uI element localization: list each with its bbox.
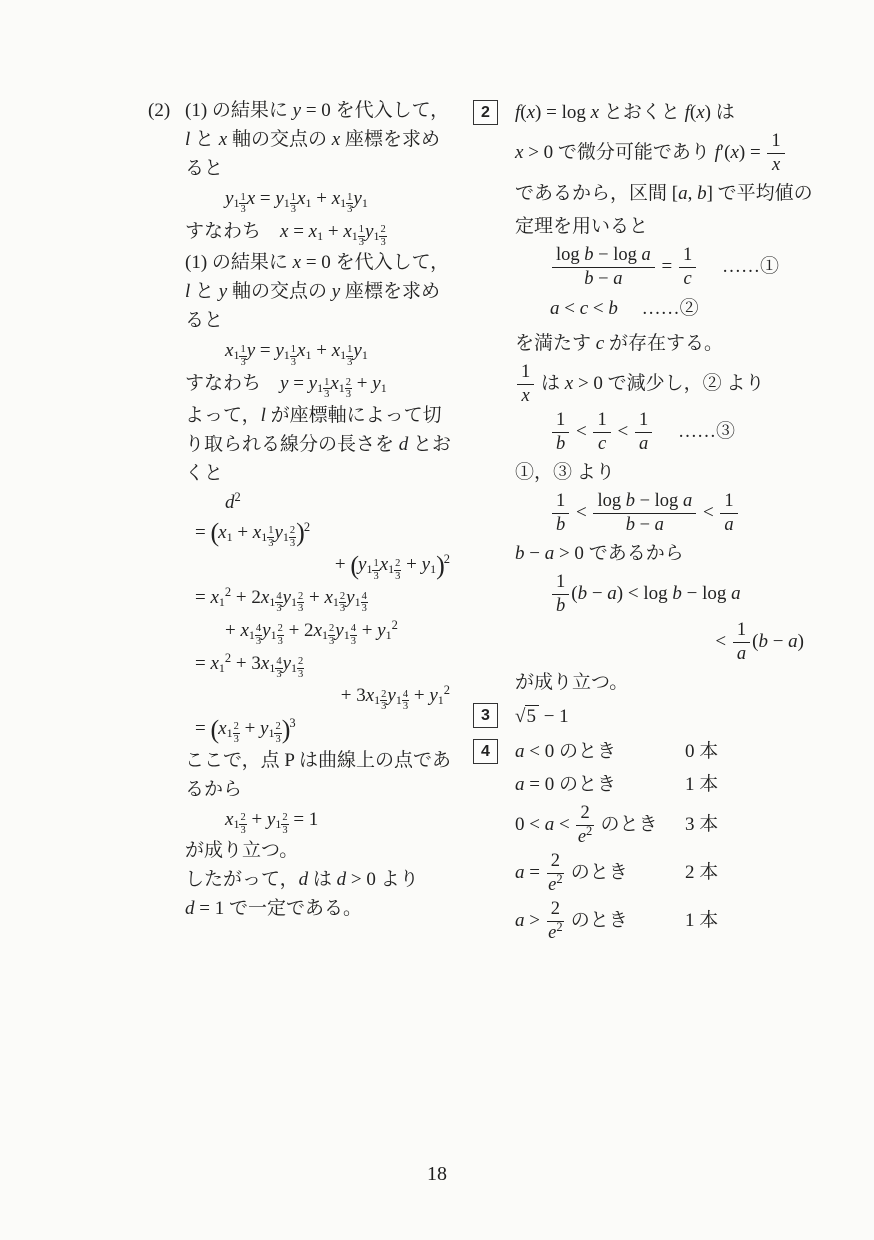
line-text: すなわち y = y113x123 + y1 <box>185 373 387 394</box>
solution-text-line: = x12 + 2x143y123 + x123y143 <box>195 582 450 615</box>
line-text: = (x123 + y123)3 <box>195 718 296 739</box>
line-text: ここで，点 P は曲線上の点であ <box>185 750 451 771</box>
solution-text-line: a > 2e2 のとき1 本 <box>515 897 804 945</box>
line-text: x123 + y123 = 1 <box>225 809 318 830</box>
answer-count: 3 本 <box>685 801 718 849</box>
line-text: = (x1 + x113y123)2 <box>195 522 310 543</box>
line-text: よって，l が座標軸によって切 <box>185 405 442 426</box>
solution-text-line: くと <box>185 459 450 488</box>
solution-text-line: a < c < b ……② <box>550 291 804 327</box>
solution-text-line: log b − log ab − a = 1c ……① <box>550 243 804 291</box>
line-text: b − a > 0 であるから <box>515 543 684 564</box>
line-text: くと <box>185 463 223 484</box>
left-column: (2)(1) の結果に y = 0 を代入して，l と x 軸の交点の x 座標… <box>185 96 450 923</box>
line-text: x > 0 で微分可能であり f′(x) = 1x <box>515 142 787 163</box>
solution-text-line: ここで，点 P は曲線上の点であ <box>185 746 450 775</box>
solution-text-line: ると <box>185 154 450 183</box>
solution-text-line: 1b < log b − log ab − a < 1a <box>550 489 804 537</box>
solution-text-line: = (x1 + x113y123)2 <box>195 517 450 550</box>
line-text: 1b < log b − log ab − a < 1a <box>550 502 740 523</box>
line-text: + x143y123 + 2x123y143 + y12 <box>225 620 398 641</box>
problem-number-box: 2 <box>473 100 498 125</box>
line-text: るから <box>185 779 242 800</box>
answer-count: 2 本 <box>685 849 718 897</box>
line-text: 1b(b − a) < log b − log a <box>550 583 741 604</box>
solution-text-line: よって，l が座標軸によって切 <box>185 401 450 430</box>
solution-text-line: 定理を用いると <box>515 210 804 243</box>
line-text: 1b < 1c < 1a ……③ <box>550 421 735 442</box>
line-text: を満たす c が存在する。 <box>515 333 723 354</box>
solution-text-line: ①，③ より <box>515 456 804 489</box>
solution-line-problem-3-start: 3√5 − 1 <box>515 699 804 735</box>
line-text: ①，③ より <box>515 462 615 483</box>
solution-text-line: x113y = y113x1 + x113y1 <box>225 335 450 368</box>
line-text: + (y113x123 + y1)2 <box>335 554 450 575</box>
solution-text-line: るから <box>185 775 450 804</box>
solution-text-line: を満たす c が存在する。 <box>515 327 804 360</box>
solution-line-problem-2-start: 2f(x) = log x とおくと f(x) は <box>515 96 804 129</box>
line-text: l と x 軸の交点の x 座標を求め <box>185 129 440 150</box>
solution-text-line: が成り立つ。 <box>185 836 450 865</box>
line-text: a > 2e2 のとき <box>515 910 628 931</box>
line-text: であるから，区間 [a, b] で平均値の <box>515 183 813 204</box>
solution-text-line: l と x 軸の交点の x 座標を求め <box>185 125 450 154</box>
solution-text-line: したがって，d は d > 0 より <box>185 865 450 894</box>
page: { "page": {"number": "18", "background":… <box>0 0 874 1240</box>
solution-text-line: d = 1 で一定である。 <box>185 894 450 923</box>
line-text: d2 <box>225 492 241 513</box>
line-text: a < 0 のとき <box>515 741 616 762</box>
solution-text-line: d2 <box>225 488 450 517</box>
solution-text-line: a = 0 のとき1 本 <box>515 768 804 801</box>
line-text: (1) の結果に y = 0 を代入して， <box>185 100 449 121</box>
solution-text-line: すなわち x = x1 + x113y123 <box>185 216 450 249</box>
line-text: すなわち x = x1 + x113y123 <box>185 221 387 242</box>
solution-text-line: であるから，区間 [a, b] で平均値の <box>515 177 804 210</box>
line-text: = x12 + 2x143y123 + x123y143 <box>195 587 368 608</box>
solution-text-line: 1b(b − a) < log b − log a <box>550 570 804 618</box>
solution-text-line: + (y113x123 + y1)2 <box>185 549 450 582</box>
line-text: が成り立つ。 <box>515 672 628 693</box>
problem-number-box: 4 <box>473 739 498 764</box>
line-text: a = 0 のとき <box>515 774 616 795</box>
answer-count: 1 本 <box>685 768 718 801</box>
line-text: ると <box>185 310 223 331</box>
line-text: y113x = y113x1 + x113y1 <box>225 188 368 209</box>
answer-count: 1 本 <box>685 897 718 945</box>
answer-count: 0 本 <box>685 735 718 768</box>
solution-text-line: すなわち y = y113x123 + y1 <box>185 368 450 401</box>
line-text: (1) の結果に x = 0 を代入して， <box>185 252 449 273</box>
solution-text-line: 0 < a < 2e2 のとき3 本 <box>515 801 804 849</box>
line-text: 定理を用いると <box>515 216 648 237</box>
part-label: (2) <box>148 96 170 125</box>
line-text: 0 < a < 2e2 のとき <box>515 814 657 835</box>
solution-text-line: 1b < 1c < 1a ……③ <box>550 408 804 456</box>
page-number: 18 <box>0 1163 874 1186</box>
solution-text-line: x > 0 で微分可能であり f′(x) = 1x <box>515 129 804 177</box>
solution-text-line: x123 + y123 = 1 <box>225 804 450 837</box>
solution-text-line: < 1a(b − a) <box>515 618 804 666</box>
solution-line-problem-4-start: 4a < 0 のとき0 本 <box>515 735 804 768</box>
solution-text-line: b − a > 0 であるから <box>515 537 804 570</box>
line-text: x113y = y113x1 + x113y1 <box>225 340 368 361</box>
line-text: 1x は x > 0 で減少し，② より <box>515 373 764 394</box>
line-text: d = 1 で一定である。 <box>185 898 362 919</box>
problem-number-box: 3 <box>473 703 498 728</box>
solution-text-line: が成り立つ。 <box>515 666 804 699</box>
line-text: a = 2e2 のとき <box>515 862 628 883</box>
line-text: り取られる線分の長さを d とお <box>185 434 451 455</box>
solution-text-line: y113x = y113x1 + x113y1 <box>225 183 450 216</box>
line-text: log b − log ab − a = 1c ……① <box>550 256 779 277</box>
solution-text-line: + 3x123y143 + y12 <box>185 680 450 713</box>
line-text: l と y 軸の交点の y 座標を求め <box>185 281 440 302</box>
line-text: ると <box>185 158 223 179</box>
right-column: 2f(x) = log x とおくと f(x) はx > 0 で微分可能であり … <box>515 96 804 945</box>
line-text: が成り立つ。 <box>185 840 298 861</box>
line-text: したがって，d は d > 0 より <box>185 869 419 890</box>
solution-text-line: l と y 軸の交点の y 座標を求め <box>185 277 450 306</box>
solution-text-line: = x12 + 3x143y123 <box>195 648 450 681</box>
line-text: a < c < b ……② <box>550 298 699 319</box>
line-text: + 3x123y143 + y12 <box>341 685 450 706</box>
solution-text-line: 1x は x > 0 で減少し，② より <box>515 360 804 408</box>
line-text: < 1a(b − a) <box>715 631 804 652</box>
solution-text-line: (1) の結果に x = 0 を代入して， <box>185 248 450 277</box>
line-text: f(x) = log x とおくと f(x) は <box>515 102 735 123</box>
solution-text-line: り取られる線分の長さを d とお <box>185 430 450 459</box>
solution-text-line: ると <box>185 306 450 335</box>
solution-text-line: (2)(1) の結果に y = 0 を代入して， <box>185 96 450 125</box>
line-text: √5 − 1 <box>515 705 569 727</box>
solution-text-line: = (x123 + y123)3 <box>195 713 450 746</box>
line-text: = x12 + 3x143y123 <box>195 653 304 674</box>
solution-text-line: a = 2e2 のとき2 本 <box>515 849 804 897</box>
solution-text-line: + x143y123 + 2x123y143 + y12 <box>225 615 450 648</box>
